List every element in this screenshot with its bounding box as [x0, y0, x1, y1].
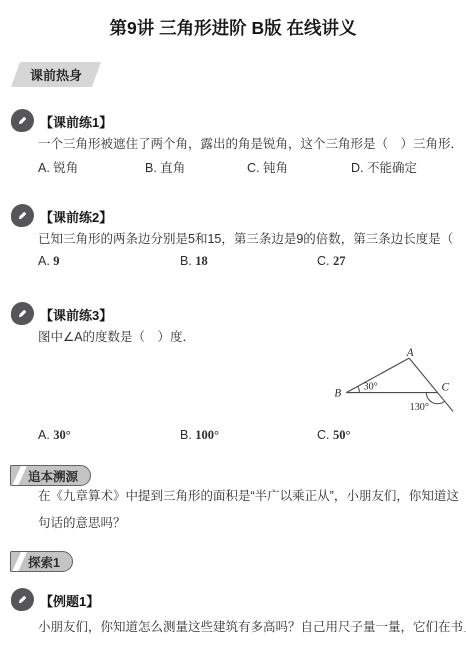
exercise2-option-c: C. 27	[317, 254, 345, 269]
pencil-glyph	[15, 113, 30, 128]
exercise2-question: 已知三角形的两条边分别是5和15，第三条边是9的倍数，第三条边长度是（ ）．	[38, 229, 466, 247]
section-badge-warmup: 课前热身	[11, 62, 101, 87]
angle-arc-b	[358, 386, 360, 392]
page-title: 第9讲 三角形进阶 B版 在线讲义	[0, 15, 466, 40]
explore-badge-label: 探索1	[28, 553, 60, 571]
exercise1-option-a: A. 锐角	[38, 158, 78, 176]
pencil-glyph	[15, 592, 30, 607]
exercise2-option-a: A. 9	[38, 254, 60, 269]
pencil-icon	[11, 204, 34, 227]
section-badge-explore: 探索1	[10, 551, 73, 572]
exercise1-option-b: B. 直角	[145, 158, 185, 176]
exercise2-label: 【课前练2】	[40, 207, 112, 226]
pencil-icon	[11, 302, 34, 325]
triangle-diagram: A B C 30° 130°	[334, 348, 464, 423]
example1-label: 【例题1】	[40, 591, 99, 610]
exercise1-label: 【课前练1】	[40, 112, 112, 131]
pencil-icon	[11, 109, 34, 132]
exercise2-option-b: B. 18	[180, 254, 208, 269]
origin-paragraph: 在《九章算术》中提到三角形的面积是“半广以乘正从”，小朋友们，你知道这句话的意思…	[38, 483, 466, 536]
slash-decoration	[10, 465, 29, 486]
angle-label-c-exterior: 130°	[410, 402, 429, 413]
warmup-badge-label: 课前热身	[30, 65, 82, 84]
exercise1-question: 一个三角形被遮住了两个角，露出的角是锐角，这个三角形是（ ）三角形．	[38, 134, 463, 152]
handout-page: 第9讲 三角形进阶 B版 在线讲义 课前热身 【课前练1】 一个三角形被遮住了两…	[0, 0, 466, 649]
exercise3-option-b: B. 100°	[180, 428, 219, 443]
pencil-icon	[11, 588, 34, 611]
angle-label-b: 30°	[364, 382, 378, 393]
exercise3-option-c: C. 50°	[317, 428, 350, 443]
exercise1-option-d: D. 不能确定	[351, 158, 417, 176]
exercise3-question: 图中∠A的度数是（ ）度．	[38, 327, 195, 345]
slash-decoration	[10, 551, 29, 572]
exercise1-option-c: C. 钝角	[247, 158, 288, 176]
vertex-label-c: C	[442, 382, 450, 394]
origin-badge-label: 追本溯源	[28, 467, 78, 485]
exercise3-label: 【课前练3】	[40, 305, 112, 324]
pencil-glyph	[15, 306, 30, 321]
example1-text: 小朋友们，你知道怎么测量这些建筑有多高吗？自己用尺子量一量，它们在书上谁最高？	[38, 617, 466, 635]
pencil-glyph	[15, 208, 30, 223]
vertex-label-a: A	[406, 348, 414, 359]
vertex-label-b: B	[334, 388, 341, 400]
exercise3-option-a: A. 30°	[38, 428, 71, 443]
